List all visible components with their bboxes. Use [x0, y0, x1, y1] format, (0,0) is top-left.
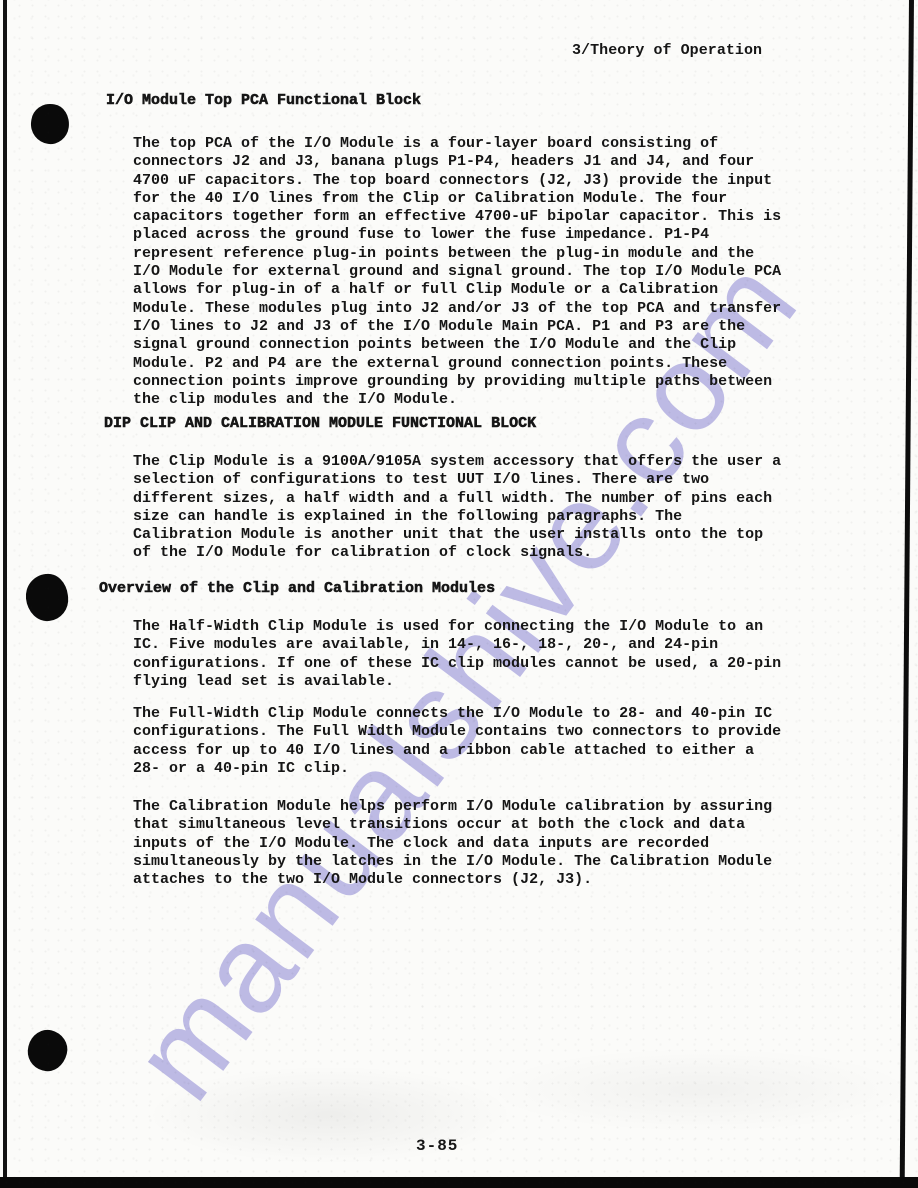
- scan-bottom-bar: [0, 1177, 918, 1188]
- section-heading-dip-clip-calibration: DIP CLIP AND CALIBRATION MODULE FUNCTION…: [104, 415, 536, 432]
- section-heading-overview-clip-calibration: Overview of the Clip and Calibration Mod…: [99, 580, 495, 597]
- section-heading-io-module-top-pca: I/O Module Top PCA Functional Block: [106, 92, 421, 109]
- scan-edge-line-left: [3, 0, 7, 1181]
- scanned-page: manualshive.com 3/Theory of Operation I/…: [0, 0, 918, 1188]
- body-paragraph: The Calibration Module helps perform I/O…: [133, 798, 772, 889]
- body-paragraph: The Clip Module is a 9100A/9105A system …: [133, 453, 781, 563]
- body-paragraph: The top PCA of the I/O Module is a four-…: [133, 135, 781, 409]
- body-paragraph: The Half-Width Clip Module is used for c…: [133, 618, 781, 691]
- punch-hole-icon: [24, 1026, 72, 1075]
- punch-hole-icon: [24, 572, 71, 623]
- scan-edge-line-right: [900, 0, 914, 1188]
- page-number: 3-85: [416, 1137, 458, 1155]
- body-paragraph: The Full-Width Clip Module connects the …: [133, 705, 781, 778]
- punch-hole-icon: [28, 102, 71, 147]
- page-header: 3/Theory of Operation: [572, 42, 762, 59]
